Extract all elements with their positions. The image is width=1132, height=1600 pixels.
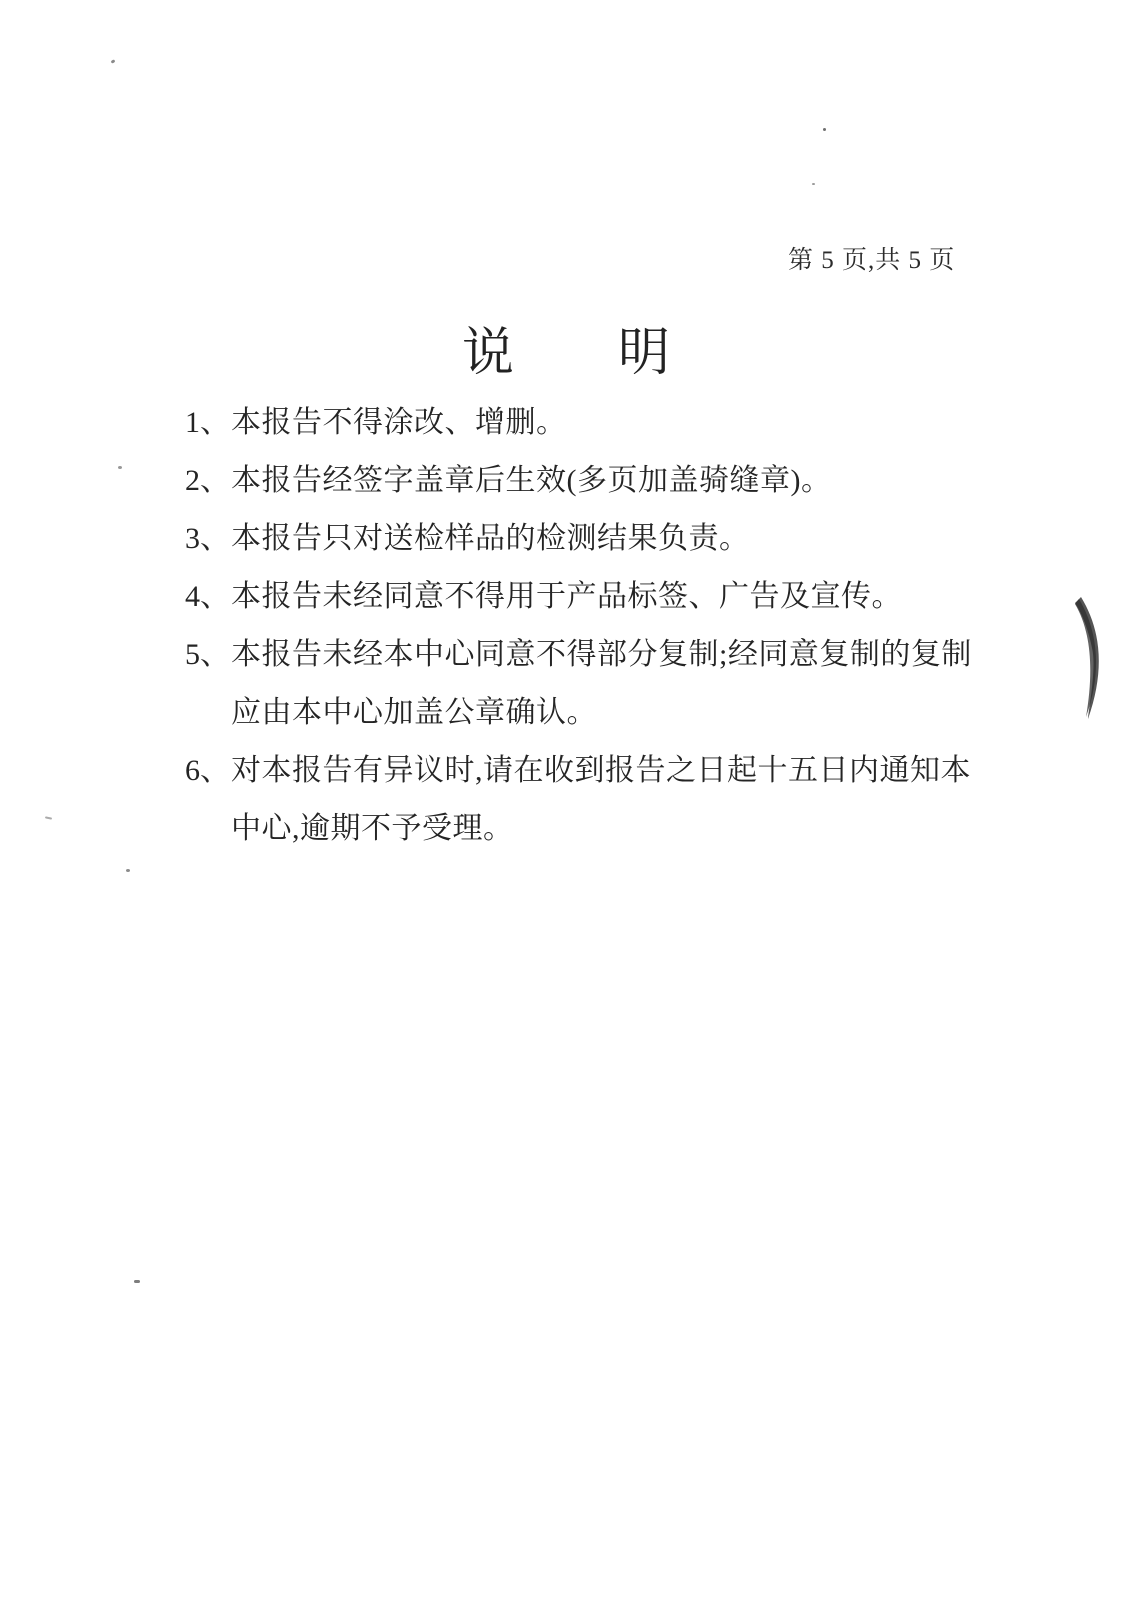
document-page: 第 5 页,共 5 页 说 明 1、 本报告不得涂改、增删。 2、 本报告经签字… <box>0 0 1132 1600</box>
scan-speck <box>812 183 815 185</box>
list-item-number: 6、 <box>185 742 231 800</box>
scan-speck <box>126 869 130 872</box>
scan-speck <box>823 128 826 131</box>
list-item-text: 本报告只对送检样品的检测结果负责。 <box>231 510 985 568</box>
list-item: 1、 本报告不得涂改、增删。 <box>185 394 985 452</box>
list-item-number: 5、 <box>185 626 231 684</box>
list-item-text: 本报告未经同意不得用于产品标签、广告及宣传。 <box>231 568 985 626</box>
page-indicator: 第 5 页,共 5 页 <box>788 240 955 276</box>
list-item-text: 本报告经签字盖章后生效(多页加盖骑缝章)。 <box>231 452 985 510</box>
list-item-number: 1、 <box>185 394 231 452</box>
scan-speck <box>134 1280 140 1283</box>
list-item-text: 应由本中心加盖公章确认。 <box>231 684 985 742</box>
list-item-text: 本报告不得涂改、增删。 <box>231 394 985 452</box>
list-item-text: 中心,逾期不予受理。 <box>231 800 985 858</box>
scan-speck <box>118 466 122 469</box>
list-item-number: 4、 <box>185 568 231 626</box>
list-item-text: 本报告未经本中心同意不得部分复制;经同意复制的复制 <box>231 626 985 684</box>
list-item: 4、 本报告未经同意不得用于产品标签、广告及宣传。 <box>185 568 985 626</box>
list-item: 6、 对本报告有异议时,请在收到报告之日起十五日内通知本 <box>185 742 985 800</box>
list-item-continuation: 应由本中心加盖公章确认。 <box>185 684 985 742</box>
page-title: 说 明 <box>0 310 1132 385</box>
list-item-continuation: 中心,逾期不予受理。 <box>185 800 985 858</box>
scan-speck <box>45 816 52 819</box>
notes-list: 1、 本报告不得涂改、增删。 2、 本报告经签字盖章后生效(多页加盖骑缝章)。 … <box>185 394 985 858</box>
list-item-text: 对本报告有异议时,请在收到报告之日起十五日内通知本 <box>231 742 985 800</box>
list-item-number: 2、 <box>185 452 231 510</box>
list-item: 5、 本报告未经本中心同意不得部分复制;经同意复制的复制 <box>185 626 985 684</box>
list-item-number: 3、 <box>185 510 231 568</box>
list-item: 2、 本报告经签字盖章后生效(多页加盖骑缝章)。 <box>185 452 985 510</box>
list-item: 3、 本报告只对送检样品的检测结果负责。 <box>185 510 985 568</box>
scan-speck <box>111 59 116 64</box>
